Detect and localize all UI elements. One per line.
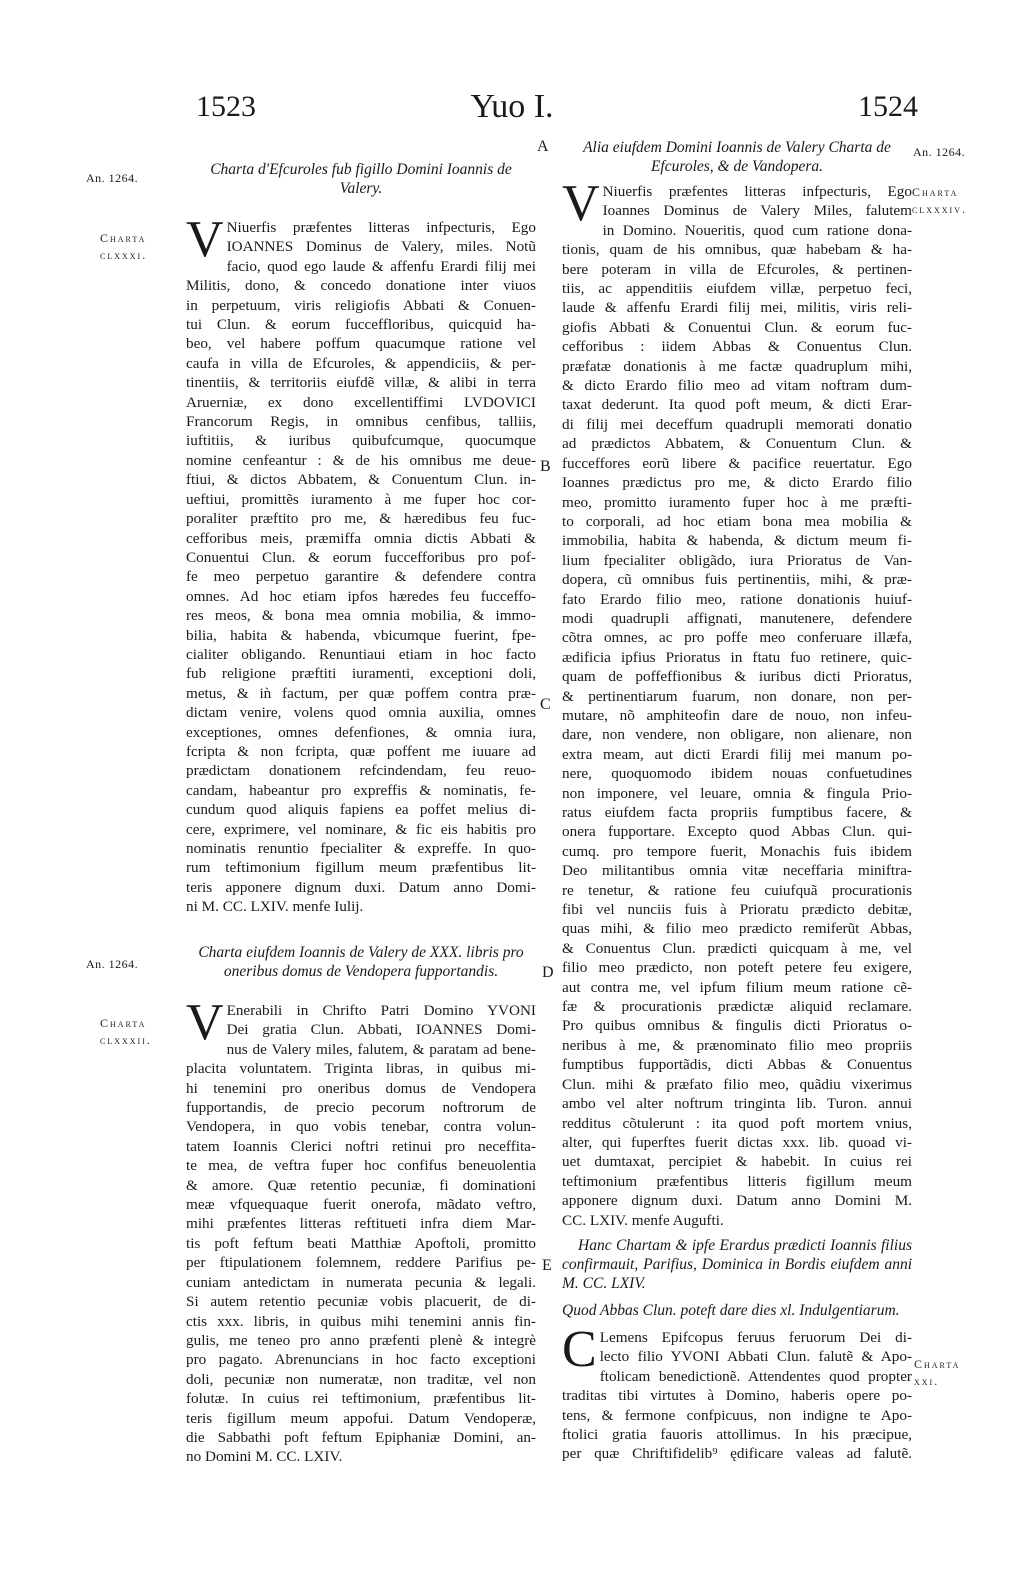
charter-21-heading: Quod Abbas Clun. poteft dare dies xl. In… — [562, 1301, 912, 1320]
text-line: aut contra me, vel ipfum filium meum rat… — [562, 978, 912, 997]
text-line: tui Clun. & eorum fucceffloribus, quicqu… — [186, 315, 536, 334]
text-line: iuftitiis, & iuribus quibufcumque, quocu… — [186, 431, 536, 450]
text-line: poraliter præftito pro me, & hæredibus f… — [186, 509, 536, 528]
text-line: IOANNES Dominus de Valery, miles. Notũ — [186, 237, 536, 256]
text-line: tinentiis, & territoriis eiufdẽ villæ, &… — [186, 373, 536, 392]
text-line: cialiter obligando. Renuntiaui etiam in … — [186, 645, 536, 664]
text-line: extra meam, aut dicti Erardi filij mei m… — [562, 745, 912, 764]
margin-charter-label-181: Charta — [100, 230, 146, 247]
dropcap: V — [186, 1003, 224, 1043]
text-line: ctis xxx. libris, in quibus mihi tenemin… — [186, 1312, 536, 1331]
text-line: CC. LXIV. menfe Augufti. — [562, 1211, 912, 1230]
text-line: nomine cenfeantur : & de his omnibus me … — [186, 451, 536, 470]
text-line: Dei gratia Clun. Abbati, IOANNES Domi- — [186, 1020, 536, 1039]
text-line: fumptibus fupportãdis, dicti Abbas & Con… — [562, 1055, 912, 1074]
text-line: prædictam donationem refcindendam, feu r… — [186, 761, 536, 780]
text-line: Francorum Regis, in omnibus cenfibus, ta… — [186, 412, 536, 431]
margin-year-181: An. 1264. — [86, 170, 138, 187]
text-line: fcripta & non fcripta, quæ poffent me iu… — [186, 742, 536, 761]
text-line: Ioannes prædictus pro me, & dicto Erardo… — [562, 473, 912, 492]
text-line: ratus eiufdem facta propriis fumptibus f… — [562, 803, 912, 822]
text-line: teris figillum meum appofui. Datum Vendo… — [186, 1409, 536, 1428]
text-line: fato Erardo filio meo, ratione donationi… — [562, 590, 912, 609]
text-line: beo, vel habere poffum quacumque ratione… — [186, 334, 536, 353]
text-line: neribus à me, & prænominato filio meo pr… — [562, 1036, 912, 1055]
text-line: ni M. CC. LXIV. menfe Iulij. — [186, 897, 536, 916]
text-line: cumq. pro tempore fuerit, Monachis fuis … — [562, 842, 912, 861]
charter-181: Charta d'Efcuroles fub figillo Domini Io… — [186, 160, 536, 917]
right-page-number: 1524 — [858, 90, 918, 124]
text-line: nus de Valery miles, falutem, & paratam … — [186, 1040, 536, 1059]
text-line: dare, non vendere, non obligare, non ali… — [562, 725, 912, 744]
text-line: pro pagato. Abrenuncians in hoc facto ex… — [186, 1350, 536, 1369]
text-line: cõtra omnes, ac pro poffe meo conferuare… — [562, 628, 912, 647]
text-line: in perpetuum, viris religiofis Abbati & … — [186, 296, 536, 315]
text-line: ædificia ipfius Prioratus in ftatu fuo r… — [562, 648, 912, 667]
dropcap: C — [562, 1330, 597, 1370]
dropcap: V — [562, 184, 600, 224]
text-line: Si autem retentio pecuniæ vobis placueri… — [186, 1292, 536, 1311]
margin-charter-label-184: Charta — [912, 184, 958, 201]
text-line: fibi vel nunciis fuis à Prioratu prædict… — [562, 900, 912, 919]
text-line: modi quadrupli affignati, manutenere, de… — [562, 609, 912, 628]
text-line: tens, & fermone confpicuus, non indigne … — [562, 1406, 912, 1425]
text-line: cundum quod aliquis fapiens ea poffet me… — [186, 800, 536, 819]
margin-charter-number-184: clxxxiv. — [912, 201, 967, 218]
text-line: lium fpecialiter obligãdo, iura Prioratu… — [562, 551, 912, 570]
text-line: cere, exprimere, vel nominare, & fic eis… — [186, 820, 536, 839]
text-line: exceptiones, omnes defenfiones, & omnia … — [186, 723, 536, 742]
text-line: Militis, dono, & concedo donatione inter… — [186, 276, 536, 295]
text-line: immobilia, habita & habenda, & dictum me… — [562, 531, 912, 550]
text-line: Niuerfis præfentes litteras infpecturis,… — [562, 182, 912, 201]
section-marker-c: C — [540, 696, 551, 714]
text-line: Clun. mihi & præfato filio meo, quãdiu v… — [562, 1075, 912, 1094]
text-line: cefforibus : iidem Abbas & Conuentus Clu… — [562, 337, 912, 356]
charter-181-heading: Charta d'Efcuroles fub figillo Domini Io… — [186, 160, 536, 198]
text-line: Enerabili in Chrifto Patri Domino YVONI — [186, 1001, 536, 1020]
text-line: metus, & iǹ factum, per quæ poffem contr… — [186, 684, 536, 703]
text-line: onera fupportare. Excepto quod Abbas Clu… — [562, 822, 912, 841]
dropcap: V — [186, 220, 224, 260]
text-line: folutæ. In cuius rei teftimonium, præfen… — [186, 1389, 536, 1408]
text-line: rum teftimonium figillum meum præfentibu… — [186, 858, 536, 877]
text-line: re tenetur, & ratione feu cuiufquã procu… — [562, 881, 912, 900]
text-line: die Sabbathi poft feftum Epiphaniæ Domin… — [186, 1428, 536, 1447]
text-line: res meos, & bona mea omnia mobilia, & im… — [186, 606, 536, 625]
text-line: per ftipulationem folemnem, reddere Pari… — [186, 1253, 536, 1272]
text-line: ambo vel alter noftrum tringinta lib. Tu… — [562, 1094, 912, 1113]
text-line: in Domino. Noueritis, quod cum ratione d… — [562, 221, 912, 240]
text-line: cefforibus meis, præmiffa omnia dictis A… — [186, 529, 536, 548]
text-line: filio meo prædicto, non poteft petere fe… — [562, 958, 912, 977]
text-line: præfatæ donationis à me factæ quadruplum… — [562, 357, 912, 376]
text-line: bilia, habita & habenda, vbicumque fueri… — [186, 626, 536, 645]
section-marker-b: B — [540, 458, 551, 476]
text-line: meo, promitto iuramento fuper hoc à me p… — [562, 493, 912, 512]
text-line: ftiui, & dictos Abbatem, & Conuentum Clu… — [186, 470, 536, 489]
charter-184: Alia eiufdem Domini Ioannis de Valery Ch… — [562, 138, 912, 1464]
confirmation-note: Hanc Chartam & ipfe Erardus prædicti Ioa… — [562, 1236, 912, 1293]
margin-charter-label-21: Charta — [914, 1356, 960, 1373]
text-line: ad prædictos Abbatem, & Conuentum Clun. … — [562, 434, 912, 453]
text-line: Vendopera, in quo vobis tenebar, contra … — [186, 1117, 536, 1136]
text-line: traditas tibi virtutes à Domino, haberis… — [562, 1386, 912, 1405]
text-line: ftolicam benedictionẽ. Attendentes quod … — [562, 1367, 912, 1386]
text-line: alter, qui fuperftes fuerit dictas xxx. … — [562, 1133, 912, 1152]
text-line: fucceffores eorũ libere & pacifice reuer… — [562, 454, 912, 473]
text-line: to corporali, ad hoc etiam bona mea mobi… — [562, 512, 912, 531]
text-line: dopera, cũ omnibus fuis pertinentiis, mi… — [562, 570, 912, 589]
text-line: Conuentui Clun. & eorum fuccefforibus pr… — [186, 548, 536, 567]
text-line: fæ & procurationis prædictæ aliquid recl… — [562, 997, 912, 1016]
text-line: bere poteram in villa de Efcuroles, & pe… — [562, 260, 912, 279]
text-line: fupportandis, de precio pecorum noftroru… — [186, 1098, 536, 1117]
text-line: meæ vfquequaque fuerit onerofa, mãdato v… — [186, 1195, 536, 1214]
text-line: & dicto Erardo filio meo ad vitam noftra… — [562, 376, 912, 395]
text-line: ueftiui, promittẽs iuramento à me fuper … — [186, 490, 536, 509]
section-marker-d: D — [542, 964, 554, 982]
text-line: & amore. Quæ retentio pecuniæ, fi domina… — [186, 1176, 536, 1195]
text-line: dictam venire, volens quod omnia auxilia… — [186, 703, 536, 722]
text-line: redditus cõtulerunt : ita quod poft mort… — [562, 1114, 912, 1133]
text-line: teris apponere dignum duxi. Datum anno D… — [186, 878, 536, 897]
text-line: fe meo perpetuo garantire & defendere co… — [186, 567, 536, 586]
text-line: mutare, nõ amphiteofin dare de nouo, non… — [562, 706, 912, 725]
charter-21-body: C Lemens Epifcopus feruus feruorum Dei d… — [562, 1328, 912, 1464]
charter-184-body: V Niuerfis præfentes litteras infpecturi… — [562, 182, 912, 1230]
text-line: nere, quoquomodo ibidem nouas confuetudi… — [562, 764, 912, 783]
text-line: ftolici gratia fauoris attollimus. In hi… — [562, 1425, 912, 1444]
text-line: tatem Ioannis Clerici noftri retinui pro… — [186, 1137, 536, 1156]
text-line: Hanc Chartam & ipfe Erardus prædicti Ioa… — [562, 1236, 912, 1255]
text-line: tionis, quam de his omnibus, quæ habebam… — [562, 240, 912, 259]
text-line: teftimonium præfentibus litteris figillu… — [562, 1172, 912, 1191]
text-line: Lemens Epifcopus feruus feruorum Dei di- — [562, 1328, 912, 1347]
text-line: candam, habeantur pro expreffis & nomina… — [186, 781, 536, 800]
text-line: caufa in villa de Efcuroles, & appendici… — [186, 354, 536, 373]
margin-charter-number-181: clxxxi. — [100, 247, 147, 264]
text-line: apponere dignum duxi. Datum anno Domini … — [562, 1191, 912, 1210]
text-line: tis poft feftum beati Matthiæ Apoftoli, … — [186, 1234, 536, 1253]
charter-182-body: V Enerabili in Chrifto Patri Domino YVON… — [186, 1001, 536, 1467]
text-line: placita voluntatem. Triginta libras, in … — [186, 1059, 536, 1078]
text-line: & Conuentus Clun. prædicti quicquam à me… — [562, 939, 912, 958]
text-line: laude & affenfu Erardi filij mei, militi… — [562, 298, 912, 317]
text-line: fub religione præftiti iuramenti, except… — [186, 664, 536, 683]
text-line: per quæ Chriftifidelib⁹ ędificare valeas… — [562, 1444, 912, 1463]
text-line: di filij mei deceffum quadrupli memorati… — [562, 415, 912, 434]
text-line: taxat dederunt. Ita quod poft meum, & di… — [562, 395, 912, 414]
text-line: lecto filio YVONI Abbati Clun. falutẽ & … — [562, 1347, 912, 1366]
text-line: te mea, de veftra fuper hoc confifus ben… — [186, 1156, 536, 1175]
text-line: omnes. Ad hoc etiam ipfos hæredes feu fu… — [186, 587, 536, 606]
text-line: M. CC. LXIV. — [562, 1274, 912, 1293]
text-line: uet dumtaxat, percipiet & habebit. In cu… — [562, 1152, 912, 1171]
text-line: nominatis renuntio fpecialiter & expreff… — [186, 839, 536, 858]
charter-182-heading: Charta eiufdem Ioannis de Valery de XXX.… — [186, 943, 536, 981]
margin-charter-number-182: clxxxii. — [100, 1032, 152, 1049]
text-line: hi tenemini pro oneribus domus de Vendop… — [186, 1079, 536, 1098]
margin-charter-number-21: xxi. — [914, 1373, 939, 1390]
margin-year-182: An. 1264. — [86, 956, 138, 973]
section-marker-a: A — [537, 138, 549, 156]
text-line: doli, pecuniæ non numeratæ, non traditæ,… — [186, 1370, 536, 1389]
text-line: facio, quod ego laude & affenfu Erardi f… — [186, 257, 536, 276]
text-line: confirmauit, Parifius, Dominica in Bordi… — [562, 1255, 912, 1274]
text-line: & pertinentiarum fuarum, non donare, non… — [562, 687, 912, 706]
charter-184-heading: Alia eiufdem Domini Ioannis de Valery Ch… — [562, 138, 912, 176]
text-line: giofis Abbati & Conuentui Clun. & eorum … — [562, 318, 912, 337]
charter-182: Charta eiufdem Ioannis de Valery de XXX.… — [186, 943, 536, 1467]
charter-181-body: V Niuerfis præfentes litteras infpecturi… — [186, 218, 536, 917]
text-line: quas mihi, & filio meo prædicto remiferũ… — [562, 919, 912, 938]
text-line: Niuerfis præfentes litteras infpecturis,… — [186, 218, 536, 237]
text-line: cuniam antedictam in numerata pecunia & … — [186, 1273, 536, 1292]
text-line: Aruerniæ, ex dono excellentiffimi LVDOVI… — [186, 393, 536, 412]
section-marker-e: E — [542, 1257, 552, 1275]
text-line: Pro quibus omnibus & fingulis dicti Prio… — [562, 1016, 912, 1035]
text-line: gulis, me teneo pro anno præfenti plenè … — [186, 1331, 536, 1350]
text-line: quam de poffeffionibus & iuribus dicti P… — [562, 667, 912, 686]
text-line: mihi præfentes litteras reftitueti infra… — [186, 1214, 536, 1233]
text-line: Ioannes Dominus de Valery Miles, falutem — [562, 201, 912, 220]
margin-year-184: An. 1264. — [913, 144, 965, 161]
text-line: Deo militantibus omnia vitæ neceffaria m… — [562, 861, 912, 880]
text-line: non imponere, vel leuare, omnia & fingul… — [562, 784, 912, 803]
margin-charter-label-182: Charta — [100, 1015, 146, 1032]
text-line: tiis, ac appenditiis eiufdem villæ, perp… — [562, 279, 912, 298]
text-line: no Domini M. CC. LXIV. — [186, 1447, 536, 1466]
